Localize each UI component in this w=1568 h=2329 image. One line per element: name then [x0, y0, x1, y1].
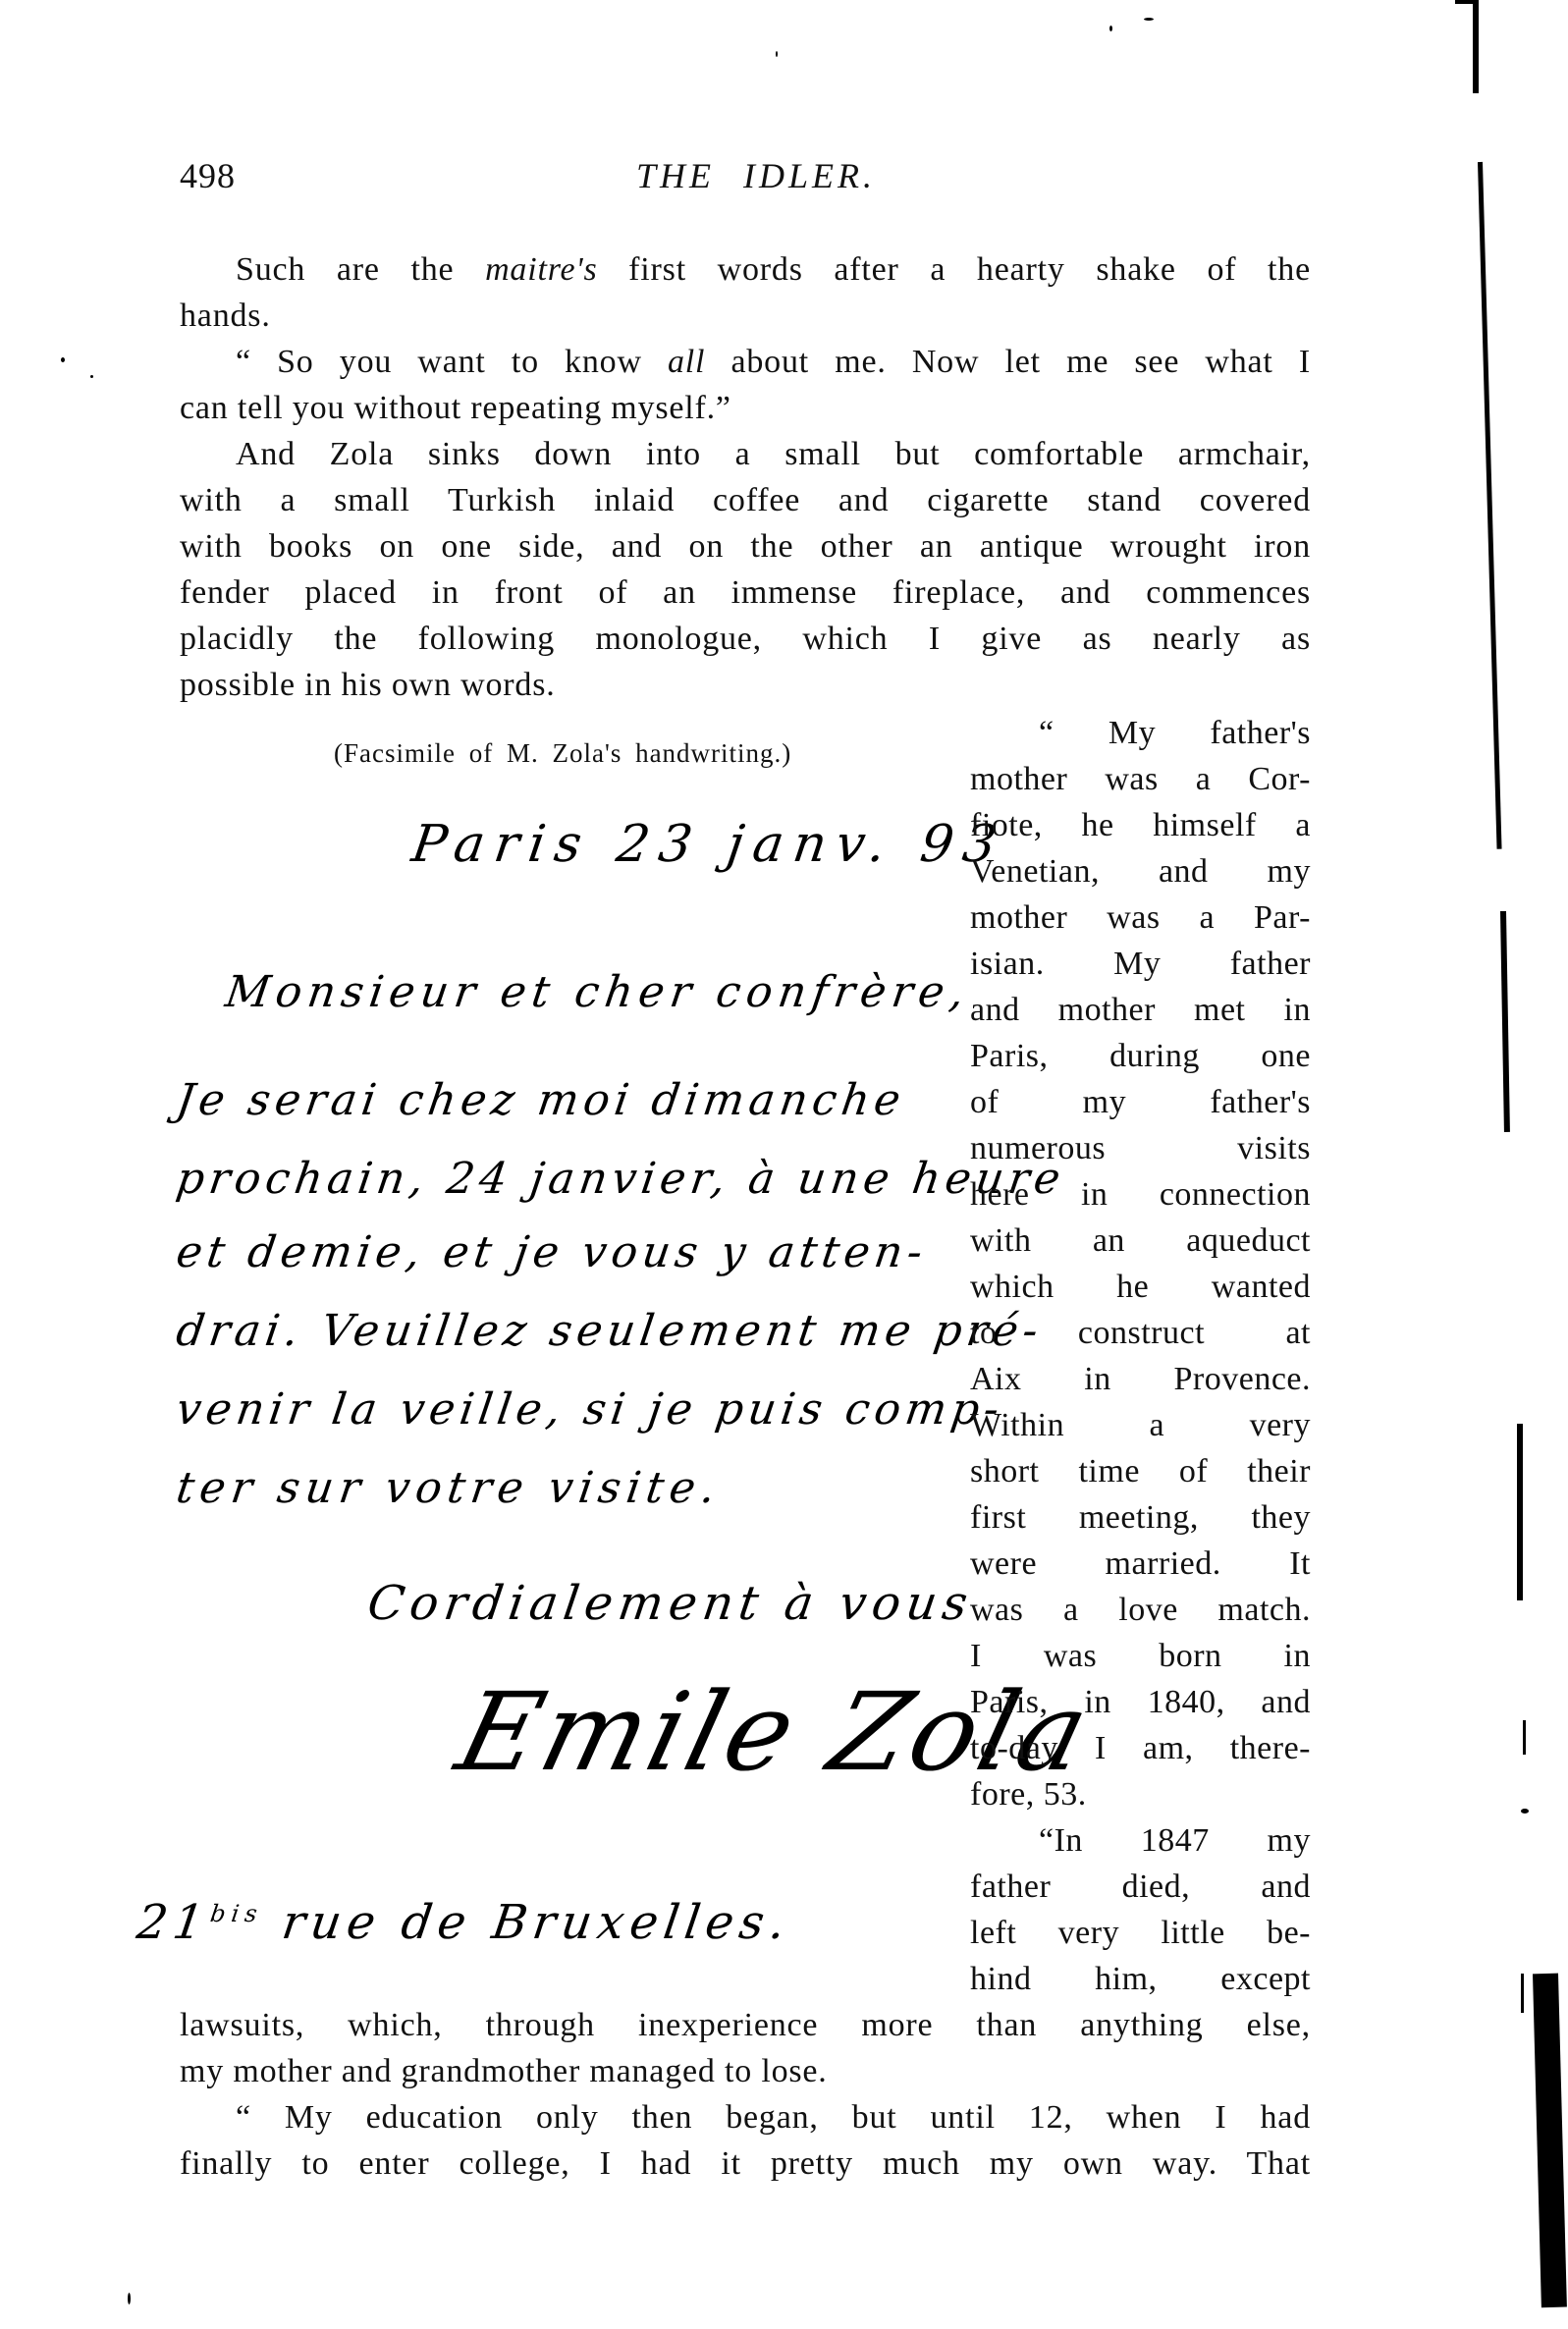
handwritten-line: et demie, et je vous y atten-	[173, 1227, 930, 1277]
text-line: lawsuits, which, through inexperience mo…	[180, 2006, 1311, 2045]
margin-bar	[1500, 911, 1510, 1132]
margin-bar	[1533, 1974, 1567, 2308]
handwritten-dateline: Paris 23 janv. 93	[408, 815, 1010, 874]
handwritten-line: Je serai chez moi dimanche	[173, 1075, 908, 1125]
column-line: fiote, he himself a	[970, 806, 1311, 845]
column-line: “ My father's	[1039, 714, 1311, 753]
column-line: Aix in Provence.	[970, 1360, 1311, 1399]
column-line: and mother met in	[970, 991, 1311, 1030]
column-line: isian. My father	[970, 945, 1311, 984]
margin-speck	[776, 51, 778, 57]
margin-bar	[1521, 1974, 1524, 2013]
handwritten-line: drai. Veuillez seulement me pré-	[173, 1306, 1046, 1356]
margin-speck	[90, 375, 93, 378]
column-line: “In 1847 my	[1039, 1821, 1311, 1861]
column-line: here in connection	[970, 1175, 1311, 1215]
handwritten-address: 21bis rue de Bruxelles.	[134, 1895, 794, 1950]
running-head: THE IDLER.	[0, 155, 1512, 196]
text-line: possible in his own words.	[180, 666, 1311, 705]
column-line: was a love match.	[970, 1591, 1311, 1630]
column-line: which he wanted	[970, 1268, 1311, 1307]
text-line: hands.	[180, 297, 1311, 336]
handwritten-line: ter sur votre visite.	[173, 1463, 724, 1513]
text-line: fender placed in front of an immense fir…	[180, 573, 1311, 613]
text-line: finally to enter college, I had it prett…	[180, 2144, 1311, 2184]
handwritten-salutation: Monsieur et cher confrère,	[222, 967, 973, 1017]
column-line: fore, 53.	[970, 1775, 1311, 1814]
column-line: to-day I am, there-	[970, 1729, 1311, 1768]
column-line: Paris, in 1840, and	[970, 1683, 1311, 1722]
text-line: And Zola sinks down into a small but com…	[236, 435, 1311, 474]
margin-speck	[61, 357, 65, 362]
handwritten-closing: Cordialement à vous	[364, 1576, 977, 1631]
text-line: Such are the maitre's first words after …	[236, 250, 1311, 290]
margin-speck	[1109, 26, 1112, 31]
column-line: first meeting, they	[970, 1498, 1311, 1538]
text-line: with a small Turkish inlaid coffee and c…	[180, 481, 1311, 520]
text-line: can tell you without repeating myself.”	[180, 389, 1311, 428]
margin-speck	[128, 2293, 131, 2304]
handwritten-line: venir la veille, si je puis comp-	[173, 1384, 1006, 1435]
column-line: I was born in	[970, 1637, 1311, 1676]
figure-caption: (Facsimile of M. Zola's handwriting.)	[334, 738, 791, 769]
margin-bar	[1473, 0, 1479, 93]
text-line: with books on one side, and on the other…	[180, 527, 1311, 567]
margin-speck	[1521, 1809, 1529, 1814]
column-line: of my father's	[970, 1083, 1311, 1122]
column-line: short time of their	[970, 1452, 1311, 1491]
column-line: Venetian, and my	[970, 852, 1311, 892]
column-line: left very little be-	[970, 1914, 1311, 1953]
column-line: were married. It	[970, 1544, 1311, 1584]
margin-bar	[1478, 162, 1502, 849]
handwritten-line: prochain, 24 janvier, à une heure	[173, 1154, 1067, 1204]
column-line: Within a very	[970, 1406, 1311, 1445]
text-line: “ My education only then began, but unti…	[236, 2098, 1311, 2138]
column-line: mother was a Par-	[970, 898, 1311, 938]
text-line: my mother and grandmother managed to los…	[180, 2052, 1311, 2091]
text-line: “ So you want to know all about me. Now …	[236, 343, 1311, 382]
margin-bar	[1517, 1424, 1523, 1600]
column-line: hind him, except	[970, 1960, 1311, 1999]
margin-speck	[1144, 18, 1154, 21]
column-line: mother was a Cor-	[970, 760, 1311, 799]
column-line: to construct at	[970, 1314, 1311, 1353]
margin-bar	[1523, 1720, 1526, 1755]
column-line: with an aqueduct	[970, 1221, 1311, 1261]
column-line: Paris, during one	[970, 1037, 1311, 1076]
column-line: father died, and	[970, 1868, 1311, 1907]
column-line: numerous visits	[970, 1129, 1311, 1168]
text-line: placidly the following monologue, which …	[180, 620, 1311, 659]
